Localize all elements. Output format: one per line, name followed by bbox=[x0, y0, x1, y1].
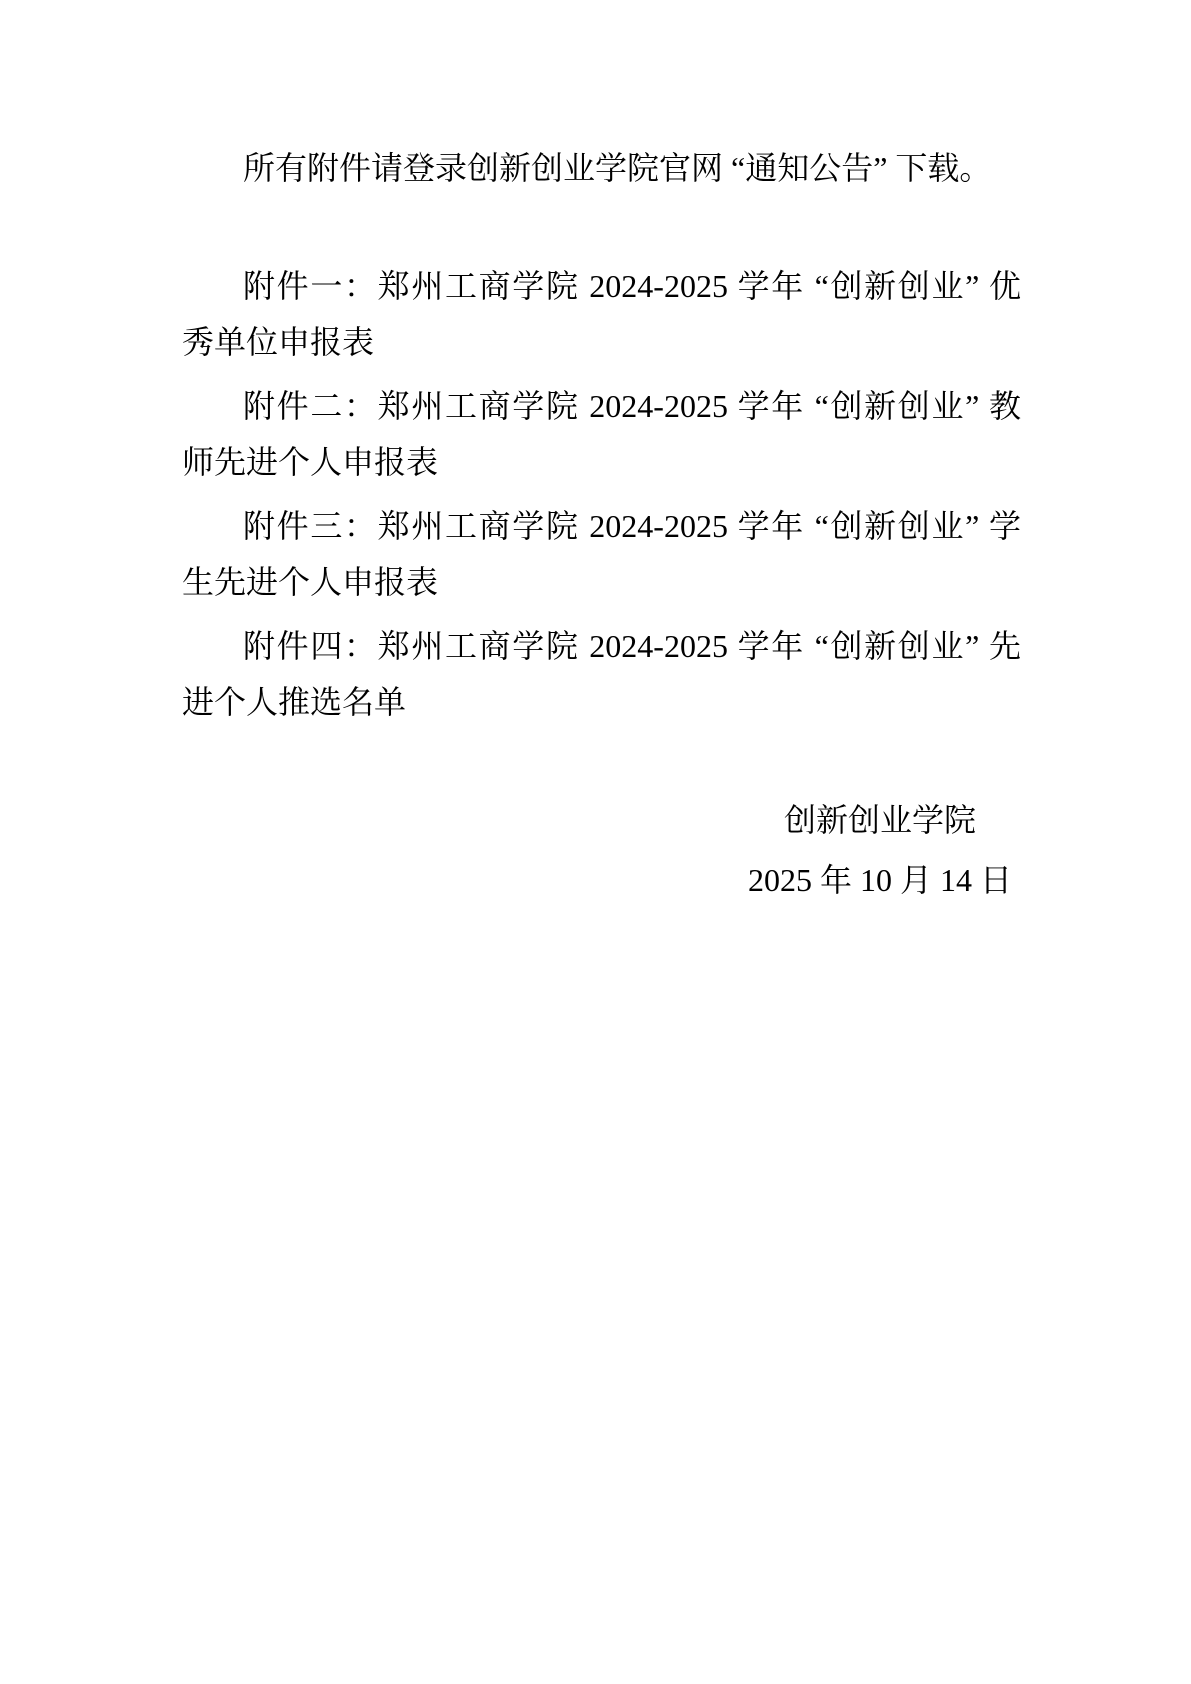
signature-block: 创新创业学院 2025 年 10 月 14 日 bbox=[730, 790, 1030, 910]
attachment-4-line-2: 进个人推选名单 bbox=[182, 674, 1021, 730]
attachment-4-line-1: 附件四：郑州工商学院 2024-2025 学年 “创新创业” 先 bbox=[182, 618, 1021, 674]
intro-paragraph: 所有附件请登录创新创业学院官网 “通知公告” 下载。 bbox=[182, 140, 1021, 196]
attachment-1-line-1: 附件一：郑州工商学院 2024-2025 学年 “创新创业” 优 bbox=[182, 258, 1021, 314]
paragraph-spacer bbox=[182, 196, 1021, 258]
document-page: 所有附件请登录创新创业学院官网 “通知公告” 下载。 附件一：郑州工商学院 20… bbox=[0, 0, 1191, 1684]
attachment-2-line-2: 师先进个人申报表 bbox=[182, 434, 1021, 490]
signature-organization: 创新创业学院 bbox=[730, 790, 1030, 850]
signature-date: 2025 年 10 月 14 日 bbox=[730, 850, 1030, 910]
attachment-4-paragraph: 附件四：郑州工商学院 2024-2025 学年 “创新创业” 先 进个人推选名单 bbox=[182, 618, 1021, 730]
attachment-3-line-1: 附件三：郑州工商学院 2024-2025 学年 “创新创业” 学 bbox=[182, 498, 1021, 554]
attachment-3-paragraph: 附件三：郑州工商学院 2024-2025 学年 “创新创业” 学 生先进个人申报… bbox=[182, 498, 1021, 610]
attachment-3-line-2: 生先进个人申报表 bbox=[182, 554, 1021, 610]
attachment-1-line-2: 秀单位申报表 bbox=[182, 314, 1021, 370]
document-body: 所有附件请登录创新创业学院官网 “通知公告” 下载。 附件一：郑州工商学院 20… bbox=[182, 140, 1021, 910]
attachment-2-paragraph: 附件二：郑州工商学院 2024-2025 学年 “创新创业” 教 师先进个人申报… bbox=[182, 378, 1021, 490]
attachment-1-paragraph: 附件一：郑州工商学院 2024-2025 学年 “创新创业” 优 秀单位申报表 bbox=[182, 258, 1021, 370]
attachment-2-line-1: 附件二：郑州工商学院 2024-2025 学年 “创新创业” 教 bbox=[182, 378, 1021, 434]
